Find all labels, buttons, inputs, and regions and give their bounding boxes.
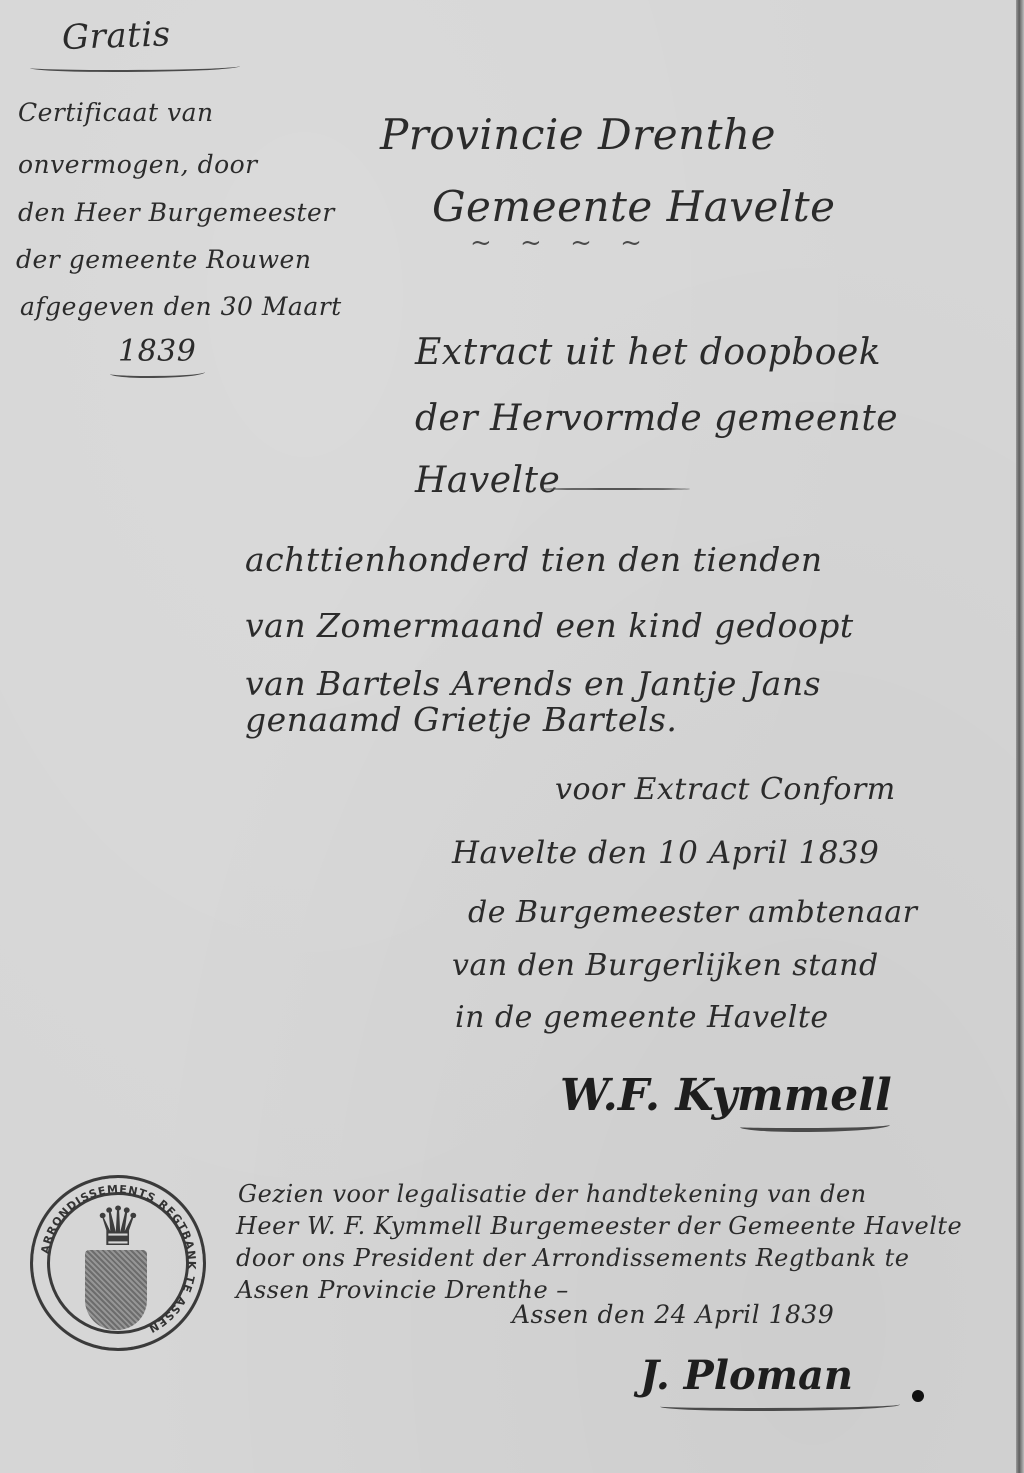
ornament: ~ ~ ~ ~	[470, 228, 652, 258]
entry-line: achttienhonderd tien den tienden	[245, 540, 823, 579]
entry-line: van Zomermaand een kind gedoopt	[245, 606, 854, 645]
certification-line: in de gemeente Havelte	[455, 1000, 829, 1035]
extract-heading-line: Havelte	[415, 460, 560, 501]
certification-line: de Burgemeester ambtenaar	[468, 895, 917, 930]
margin-line: Certificaat van	[18, 98, 214, 127]
margin-title: Gratis	[61, 14, 171, 58]
entry-line: genaamd Grietje Bartels.	[245, 700, 677, 739]
extract-heading-line: Extract uit het doopboek	[415, 332, 881, 373]
legalisation-line: Heer W. F. Kymmell Burgemeester der Geme…	[236, 1212, 962, 1240]
svg-text:ARRONDISSEMENTS REGTBANK TE AS: ARRONDISSEMENTS REGTBANK TE ASSEN	[39, 1183, 199, 1336]
seal-inscription: ARRONDISSEMENTS REGTBANK TE ASSEN	[39, 1183, 199, 1336]
court-seal: ♛ ARRONDISSEMENTS REGTBANK TE ASSEN	[30, 1175, 206, 1351]
mayor-signature-flourish	[740, 1120, 890, 1132]
margin-title-underline	[30, 62, 240, 72]
heading-dash	[540, 488, 690, 490]
margin-year: 1839	[118, 334, 196, 369]
legalisation-line: Gezien voor legalisatie der handtekening…	[238, 1180, 867, 1208]
certification-line: voor Extract Conform	[555, 772, 896, 807]
document-page: Gratis Certificaat van onvermogen, door …	[0, 0, 1016, 1473]
margin-line: afgegeven den 30 Maart	[20, 292, 342, 321]
certification-line: Havelte den 10 April 1839	[452, 835, 879, 871]
margin-line: der gemeente Rouwen	[16, 245, 311, 274]
margin-line: den Heer Burgemeester	[18, 198, 335, 227]
mayor-signature: W.F. Kymmell	[560, 1070, 892, 1121]
margin-line: onvermogen, door	[18, 150, 258, 179]
legalisation-place-date: Assen den 24 April 1839	[512, 1300, 834, 1329]
president-signature: J. Ploman	[640, 1352, 853, 1399]
seal-text: ARRONDISSEMENTS REGTBANK TE ASSEN	[33, 1178, 203, 1348]
municipality-heading: Gemeente Havelte	[432, 182, 836, 231]
signature-period	[912, 1390, 924, 1402]
extract-heading-line: der Hervormde gemeente	[415, 398, 898, 439]
legalisation-line: door ons President der Arrondissements R…	[236, 1244, 910, 1272]
entry-line: van Bartels Arends en Jantje Jans	[245, 664, 821, 703]
page-edge-shadow	[1016, 0, 1024, 1473]
certification-line: van den Burgerlijken stand	[452, 948, 879, 983]
president-signature-flourish	[660, 1400, 900, 1411]
province-heading: Provincie Drenthe	[380, 110, 776, 159]
margin-year-underline	[110, 368, 205, 378]
